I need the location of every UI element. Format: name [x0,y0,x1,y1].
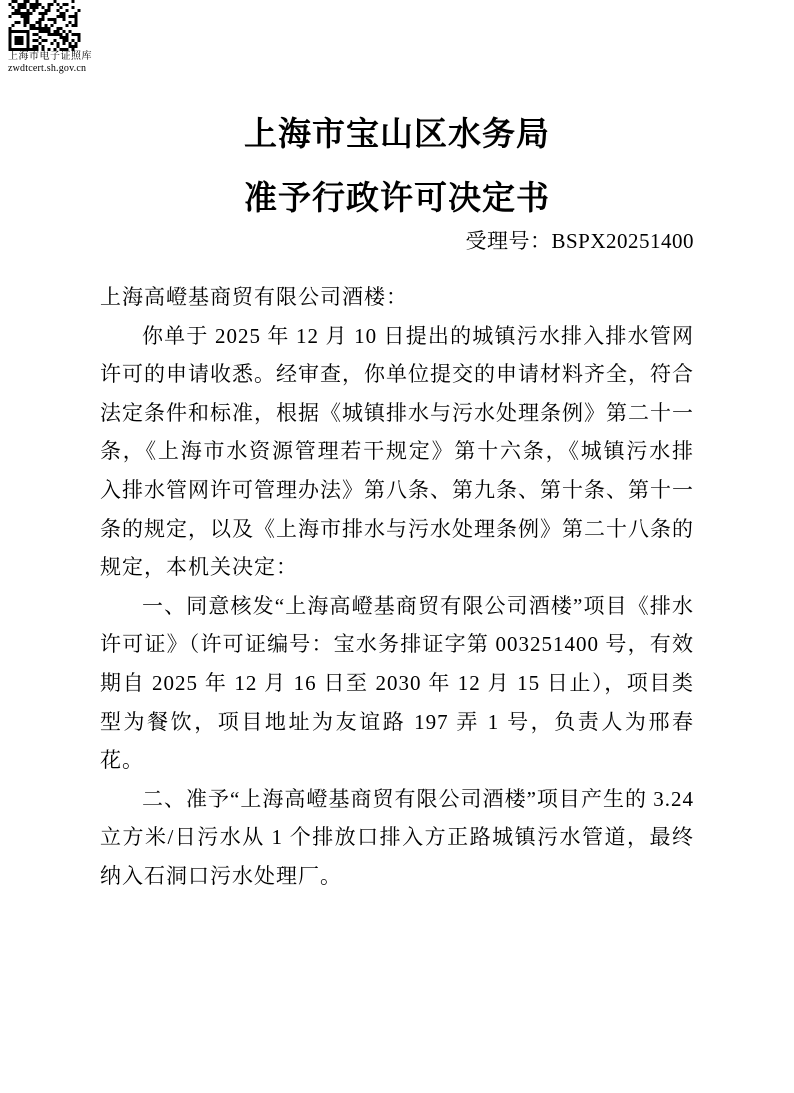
qr-caption-source: 上海市电子证照库 [8,51,118,63]
salutation-line: 上海高嶝基商贸有限公司酒楼： [100,278,694,317]
acceptance-number-label: 受理号： [465,229,551,253]
qr-stamp-block: 上海市电子证照库 zwdtcert.sh.gov.cn [8,0,118,74]
document-title-authority: 上海市宝山区水务局 [0,114,794,156]
paragraph-decision-basis: 你单于 2025 年 12 月 10 日提出的城镇污水排入排水管网许可的申请收悉… [100,317,694,587]
paragraph-item-1: 一、同意核发“上海高嶝基商贸有限公司酒楼”项目《排水许可证》（许可证编号：宝水务… [100,587,694,780]
acceptance-number-value: BSPX20251400 [551,229,694,253]
document-page: 上海市电子证照库 zwdtcert.sh.gov.cn 上海市宝山区水务局 准予… [0,0,794,1093]
qr-code-icon [8,0,81,51]
qr-caption-url: zwdtcert.sh.gov.cn [8,63,118,75]
acceptance-number-line: 受理号：BSPX20251400 [0,228,794,254]
paragraph-item-2: 二、准予“上海高嶝基商贸有限公司酒楼”项目产生的 3.24 立方米/日污水从 1… [100,780,694,896]
document-title-type: 准予行政许可决定书 [0,178,794,220]
document-body: 上海高嶝基商贸有限公司酒楼： 你单于 2025 年 12 月 10 日提出的城镇… [100,278,694,896]
